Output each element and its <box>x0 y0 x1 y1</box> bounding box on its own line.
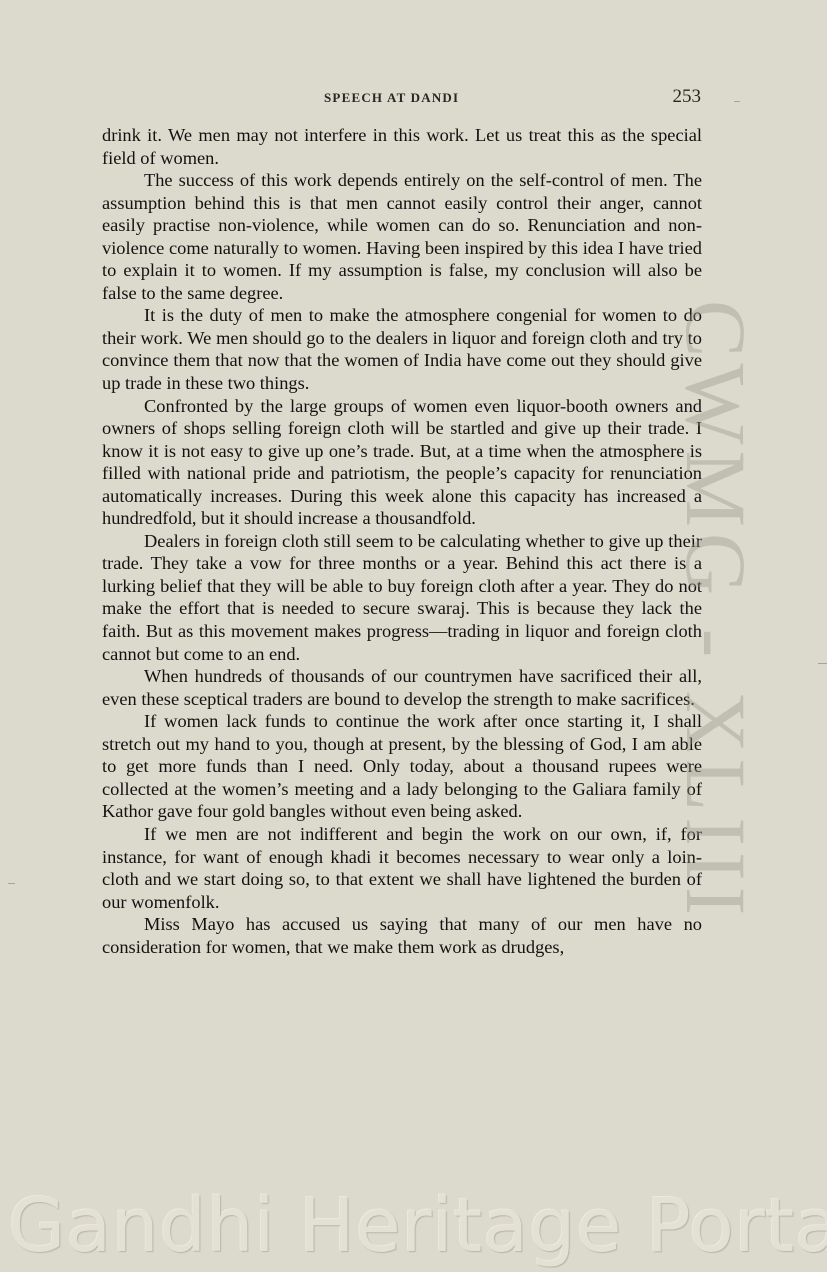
bottom-watermark: Gandhi Heritage Portal <box>8 1184 818 1268</box>
page-number: 253 <box>673 86 702 108</box>
running-title: SPEECH AT DANDI <box>324 90 459 106</box>
paragraph: It is the duty of men to make the atmosp… <box>102 304 702 394</box>
paragraph: When hundreds of thousands of our countr… <box>102 665 702 710</box>
body-text: drink it. We men may not interfere in th… <box>102 124 702 958</box>
paragraph: Dealers in foreign cloth still seem to b… <box>102 530 702 665</box>
margin-tick <box>818 663 827 664</box>
paragraph: drink it. We men may not interfere in th… <box>102 124 702 169</box>
paragraph: If women lack funds to continue the work… <box>102 710 702 823</box>
paragraph: If we men are not indifferent and begin … <box>102 823 702 913</box>
margin-tick <box>734 101 740 102</box>
paragraph: The success of this work depends entirel… <box>102 169 702 304</box>
margin-tick <box>8 883 15 884</box>
scanned-page: SPEECH AT DANDI 253 drink it. We men may… <box>0 0 827 1272</box>
paragraph: Confronted by the large groups of women … <box>102 395 702 530</box>
paragraph: Miss Mayo has accused us saying that man… <box>102 913 702 958</box>
side-watermark: CWMG - XLIII <box>676 300 756 980</box>
running-head: SPEECH AT DANDI 253 <box>102 88 702 112</box>
